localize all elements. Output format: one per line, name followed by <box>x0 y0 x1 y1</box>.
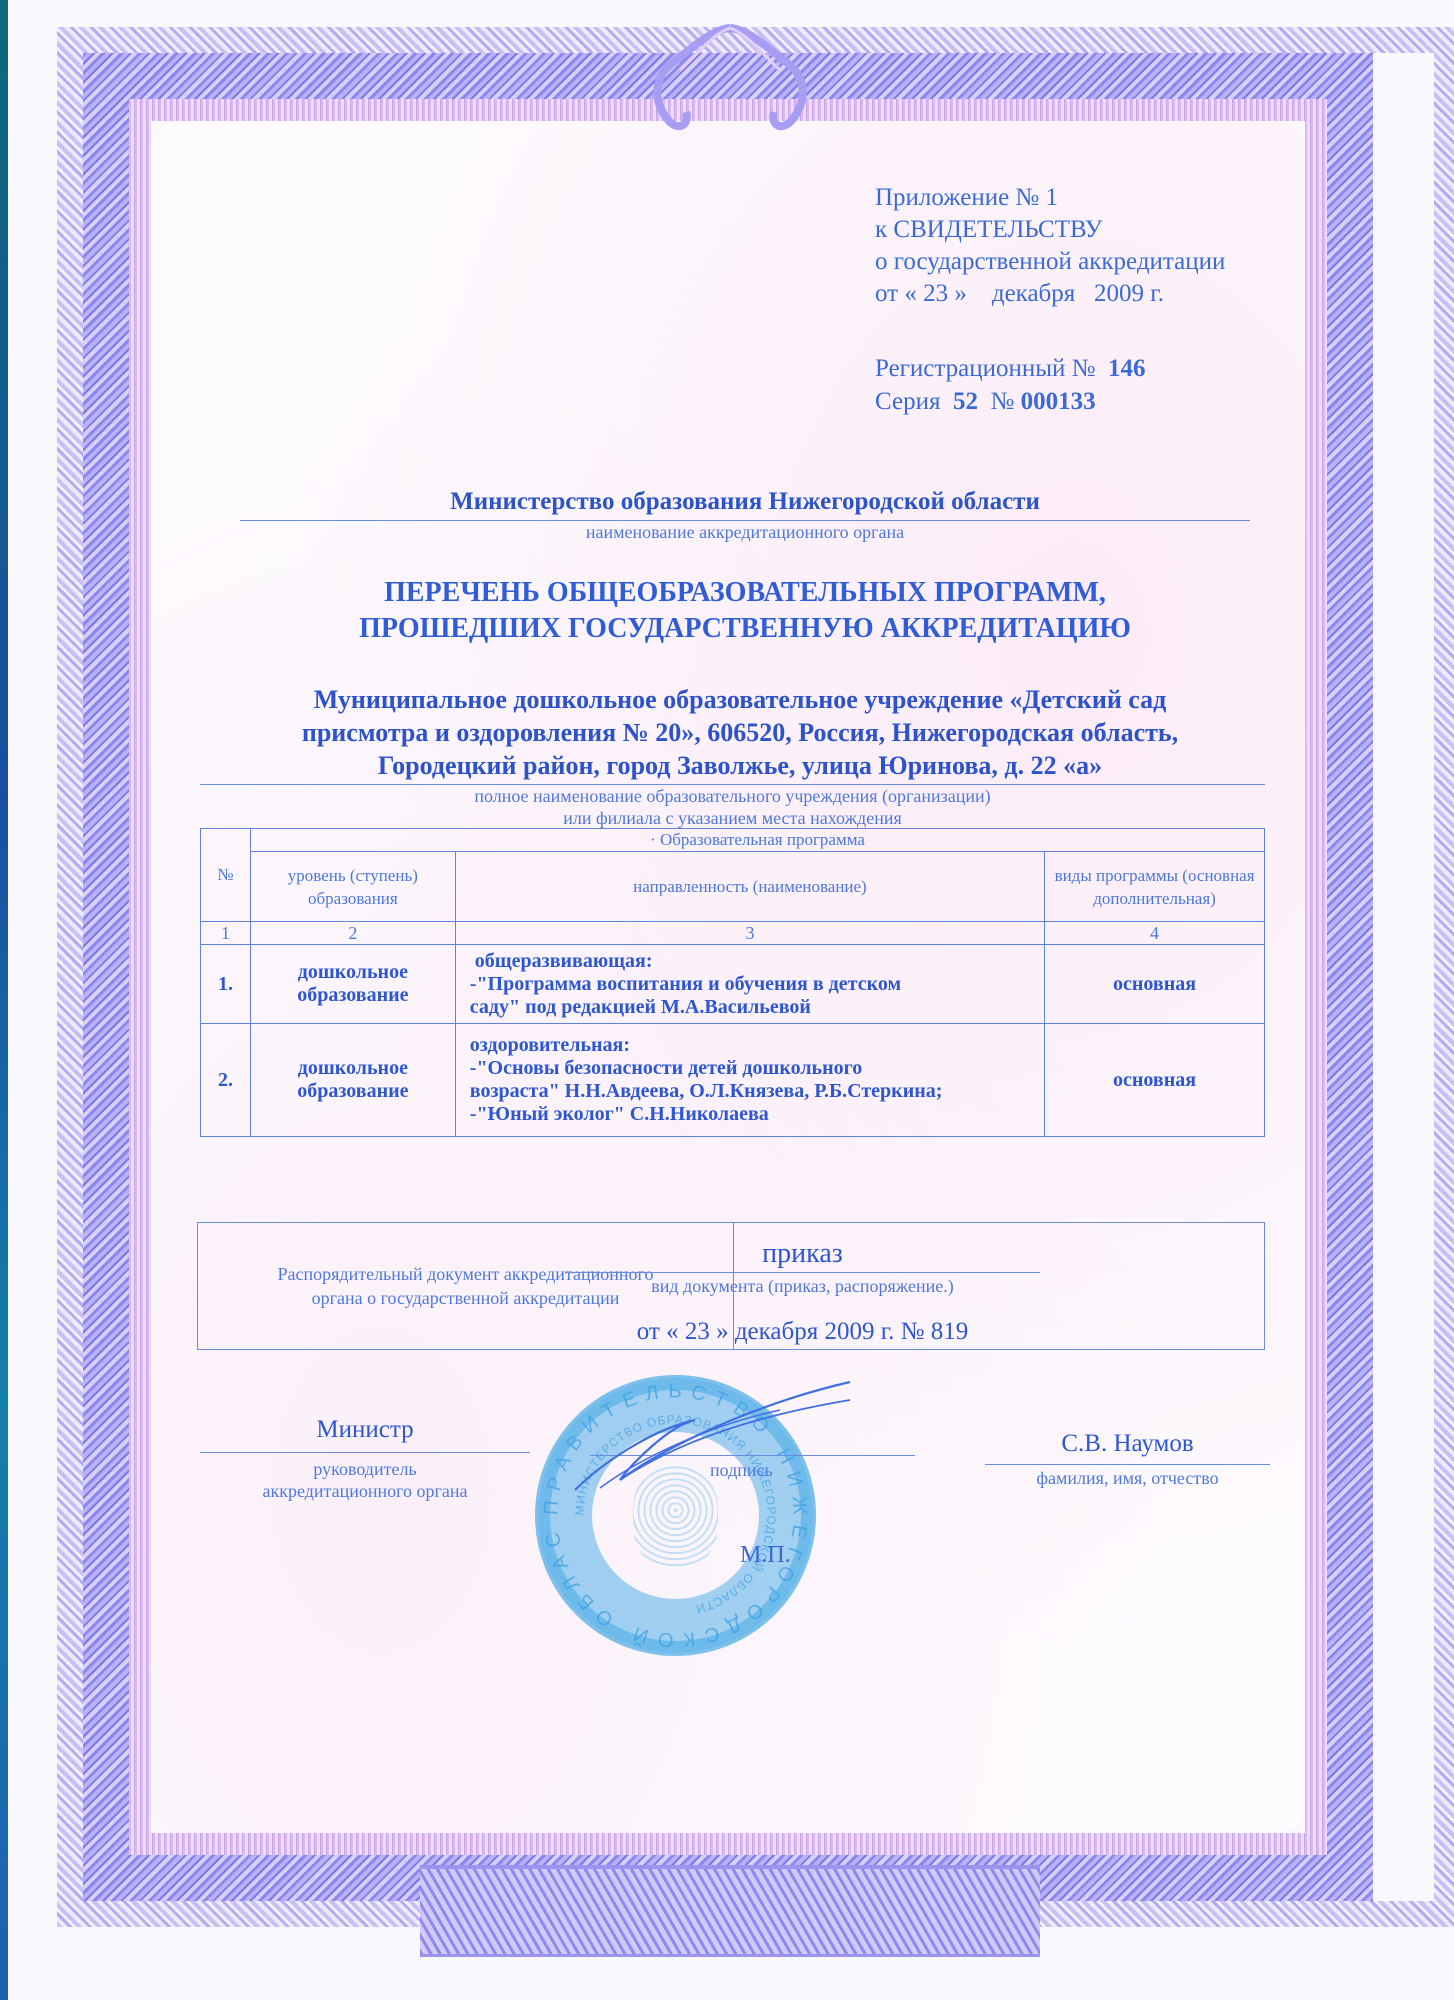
scan-edge <box>0 0 8 2000</box>
order-date-number: от « 23 » декабря 2009 г. № 819 <box>565 1318 1040 1346</box>
appendix-number: Приложение № 1 <box>875 182 1225 214</box>
col-header-level: уровень (ступень) образования <box>250 852 455 922</box>
programs-table: № · Образовательная программа уровень (с… <box>200 828 1265 1137</box>
table-row: 2. дошкольное образование оздоровительна… <box>201 1024 1265 1137</box>
col-number: 4 <box>1045 922 1265 945</box>
document-title: ПЕРЕЧЕНЬ ОБЩЕОБРАЗОВАТЕЛЬНЫХ ПРОГРАММ, П… <box>240 575 1250 647</box>
order-type: приказ <box>565 1238 1040 1270</box>
row-number: 1. <box>201 945 251 1024</box>
row-direction: оздоровительная: -"Основы безопасности д… <box>455 1024 1044 1137</box>
row-type: основная <box>1045 1024 1265 1137</box>
registration-number: Регистрационный № 146 <box>875 352 1146 385</box>
signatory-full-name: С.В. Наумов <box>985 1430 1270 1458</box>
appendix-subject: о государственной аккредитации <box>875 246 1225 278</box>
order-type-caption: вид документа (приказ, распоряжение.) <box>565 1276 1040 1297</box>
seal-place-label: М.П. <box>740 1542 791 1569</box>
accreditation-body-name: Министерство образования Нижегородской о… <box>240 488 1250 516</box>
blank-number-value: 000133 <box>1021 388 1096 415</box>
divider <box>200 1452 530 1453</box>
registration-value: 146 <box>1108 355 1146 382</box>
handwritten-signature-icon <box>560 1370 860 1500</box>
institution-caption-1: полное наименование образовательного учр… <box>200 786 1265 807</box>
position-caption: руководитель аккредитационного органа <box>200 1458 530 1502</box>
divider <box>565 1272 1040 1273</box>
col-header-type: виды программы (основная дополнительная) <box>1045 852 1265 922</box>
institution-caption-2: или филиала с указанием места нахождения <box>200 808 1265 829</box>
registration-block: Регистрационный № 146 Серия 52 № 000133 <box>875 352 1146 418</box>
row-number: 2. <box>201 1024 251 1137</box>
col-number: 1 <box>201 922 251 945</box>
row-level: дошкольное образование <box>250 1024 455 1137</box>
col-number: 3 <box>455 922 1044 945</box>
signatory-position: Министр <box>200 1416 530 1444</box>
accreditation-body-caption: наименование аккредитационного органа <box>240 522 1250 543</box>
divider <box>200 784 1265 785</box>
row-type: основная <box>1045 945 1265 1024</box>
top-scroll-ornament-icon <box>650 20 810 150</box>
institution-name: Муниципальное дошкольное образовательное… <box>200 683 1280 782</box>
appendix-to: к СВИДЕТЕЛЬСТВУ <box>875 214 1225 246</box>
appendix-date: от « 23 » декабря 2009 г. <box>875 278 1225 310</box>
col-number: 2 <box>250 922 455 945</box>
table-row: 1. дошкольное образование общеразвивающа… <box>201 945 1265 1024</box>
bottom-cartouche-ornament <box>420 1865 1040 1957</box>
appendix-header: Приложение № 1 к СВИДЕТЕЛЬСТВУ о государ… <box>875 182 1225 310</box>
row-level: дошкольное образование <box>250 945 455 1024</box>
col-header-number: № <box>201 829 251 922</box>
divider <box>240 520 1250 521</box>
series-value: 52 <box>953 388 978 415</box>
divider <box>985 1464 1270 1465</box>
col-header-direction: направленность (наименование) <box>455 852 1044 922</box>
group-header: · Образовательная программа <box>250 829 1264 852</box>
full-name-caption: фамилия, имя, отчество <box>985 1468 1270 1489</box>
series-number: Серия 52 № 000133 <box>875 385 1146 418</box>
row-direction: общеразвивающая: -"Программа воспитания … <box>455 945 1044 1024</box>
